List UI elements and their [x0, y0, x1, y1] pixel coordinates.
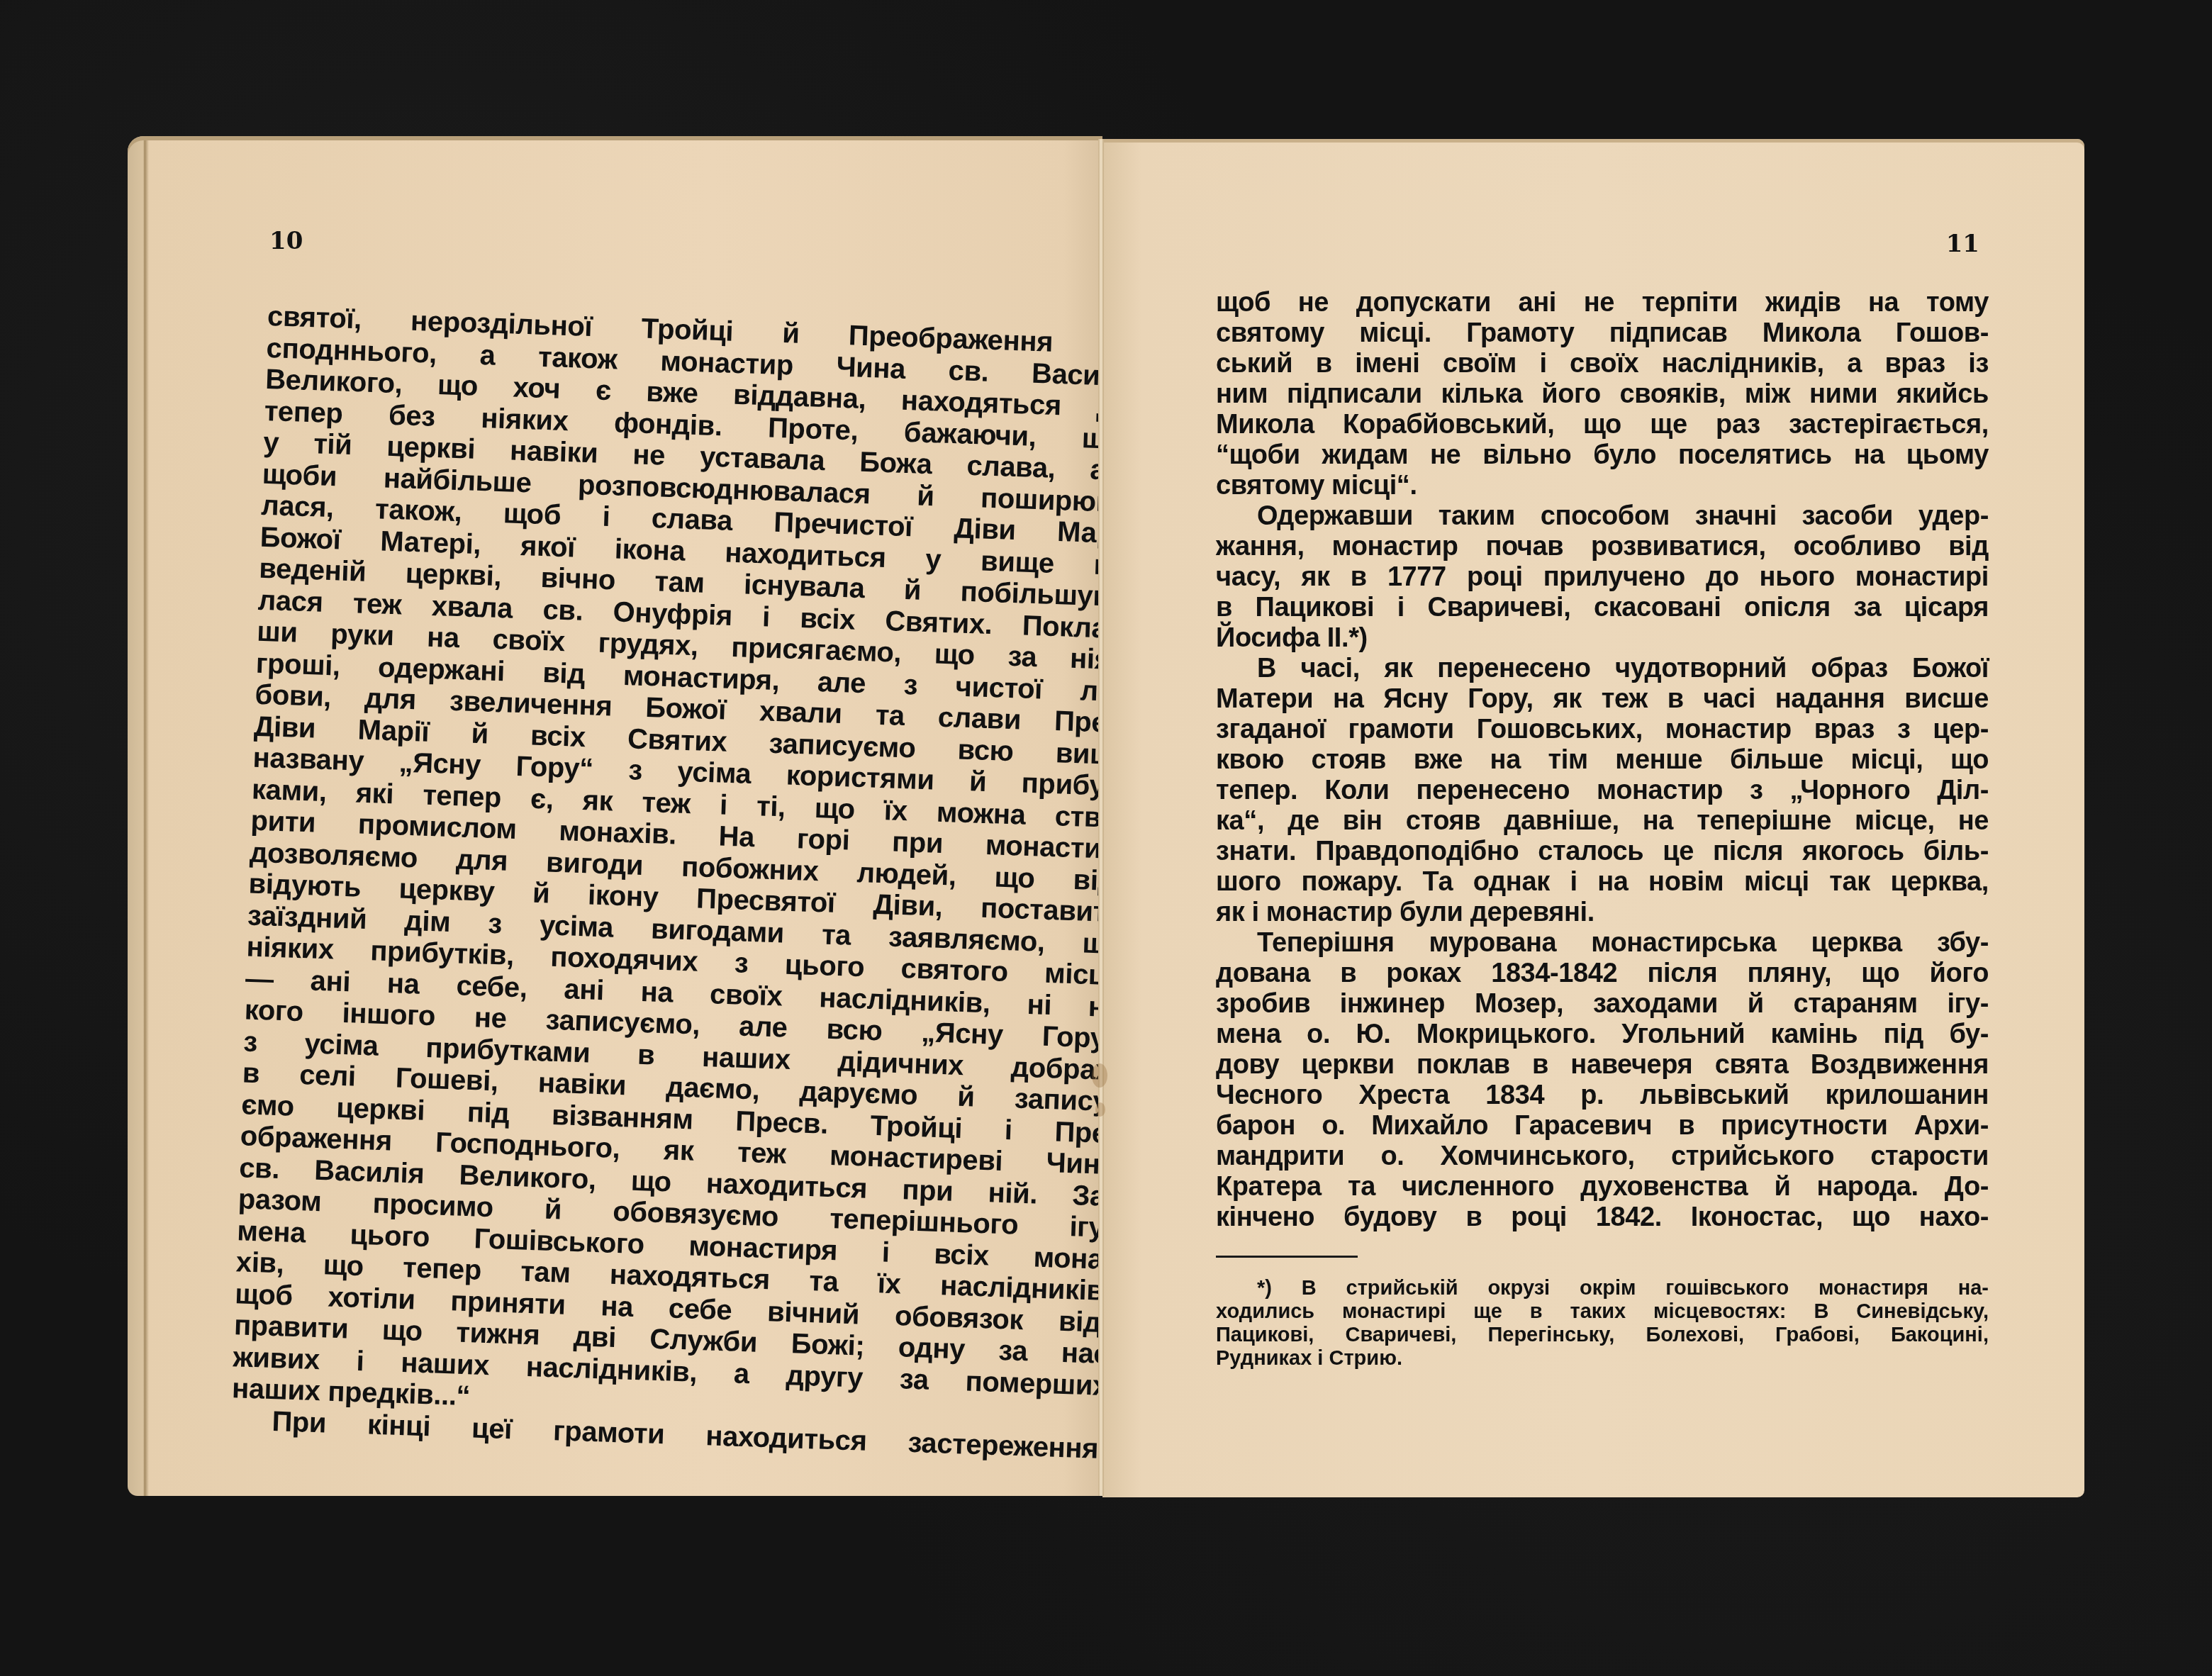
text-line: В часі, як перенесено чудотворний образ …: [1216, 654, 1989, 684]
text-line: Йосифа II.*): [1216, 623, 1989, 654]
text-line: святому місці“.: [1216, 471, 1989, 501]
text-line: кінчено будову в році 1842. Іконостас, щ…: [1216, 1202, 1989, 1233]
text-line: тепер. Коли перенесено монастир з „Чорно…: [1216, 776, 1989, 806]
footnote-divider: [1216, 1256, 1358, 1258]
text-line: квою стояв вже на тім менше більше місці…: [1216, 745, 1989, 776]
text-line: барон о. Михайло Гарасевич в присутности…: [1216, 1111, 1989, 1141]
text-line: в Пацикові і Сваричеві, скасовані опісля…: [1216, 593, 1989, 623]
text-line: Кратера та численного духовенства й наро…: [1216, 1172, 1989, 1202]
text-line: як і монастир були деревяні.: [1216, 898, 1989, 928]
text-line: Теперішня мурована монастирська церква з…: [1216, 928, 1989, 959]
text-line: жання, монастир почав розвиватися, особл…: [1216, 532, 1989, 562]
text-line: “щоби жидам не вільно було поселятись на…: [1216, 440, 1989, 471]
page-number: 11: [1946, 230, 1979, 258]
text-line: мандрити о. Хомчинського, стрийського ст…: [1216, 1141, 1989, 1172]
right-page: 11 щоб не допускати ані не терпіти жидів…: [1102, 139, 2084, 1497]
text-line: ка“, де він стояв давніше, на теперішне …: [1216, 806, 1989, 837]
page-number: 10: [269, 227, 303, 255]
paper-stain: [1092, 1063, 1107, 1088]
open-book: 10 святої, нероздільної Тройці й Преобра…: [0, 0, 2212, 1676]
text-line: ним підписали кілька його свояків, між н…: [1216, 379, 1989, 410]
text-line: мена о. Ю. Мокрицького. Угольний камінь …: [1216, 1019, 1989, 1050]
text-line: зробив інжинер Мозер, заходами й стараня…: [1216, 989, 1989, 1019]
text-line: щоб не допускати ані не терпіти жидів на…: [1216, 288, 1989, 318]
text-line: часу, як в 1777 році прилучено до нього …: [1216, 562, 1989, 593]
text-line: дована в роках 1834-1842 після пляну, що…: [1216, 959, 1989, 989]
footnote: *) В стрийській окрузі окрім гошівського…: [1216, 1277, 1989, 1370]
text-line: Одержавши таким способом значні засоби у…: [1216, 501, 1989, 532]
footnote-line: ходились монастирі ще в таких місцевостя…: [1216, 1300, 1989, 1324]
paper-stain: [1095, 1102, 1105, 1117]
footnote-line: *) В стрийській окрузі окрім гошівського…: [1216, 1277, 1989, 1300]
text-line: згаданої грамоти Гошовських, монастир вр…: [1216, 715, 1989, 745]
left-page-body: святої, нероздільної Тройці й Преображен…: [230, 301, 1143, 1465]
footnote-line: Пацикові, Сваричеві, Перегінську, Болехо…: [1216, 1324, 1989, 1347]
footnote-line: Рудниках і Стрию.: [1216, 1347, 1989, 1370]
text-line: Чесного Хреста 1834 р. львівський крилош…: [1216, 1080, 1989, 1111]
left-page: 10 святої, нероздільної Тройці й Преобра…: [128, 136, 1102, 1496]
text-line: дову церкви поклав в навечеря свята Возд…: [1216, 1050, 1989, 1080]
text-line: ський в імені своїм і своїх наслідників,…: [1216, 349, 1989, 379]
text-line: шого пожару. Та однак і на новім місці т…: [1216, 867, 1989, 898]
text-line: святому місці. Грамоту підписав Микола Г…: [1216, 318, 1989, 349]
text-line: Микола Корабйовський, що ще раз застеріг…: [1216, 410, 1989, 440]
text-line: знати. Правдоподібно сталось це після як…: [1216, 837, 1989, 867]
text-line: Матери на Ясну Гору, як теж в часі надан…: [1216, 684, 1989, 715]
book-spine-gutter: [1098, 139, 1104, 1496]
right-page-body: щоб не допускати ані не терпіти жидів на…: [1216, 288, 1989, 1233]
